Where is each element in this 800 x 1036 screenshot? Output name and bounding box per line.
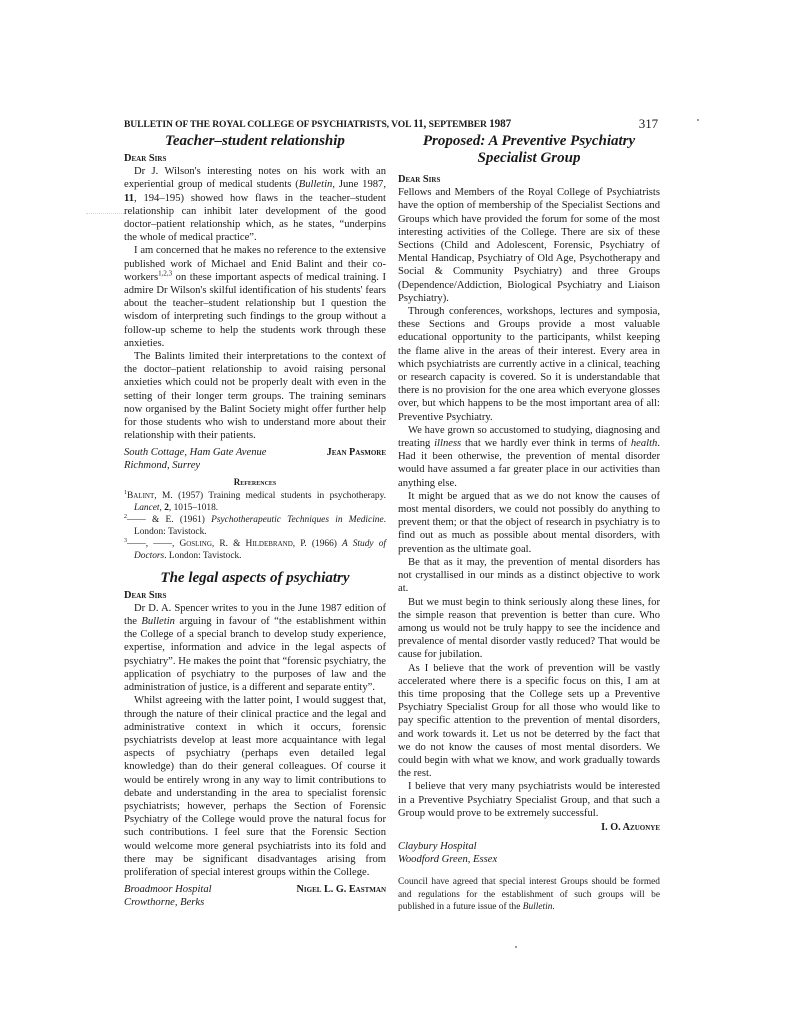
reference-item: 3——, ——, Gosling, R. & Hildebrand, P. (1…: [124, 538, 386, 562]
page-number: 317: [639, 116, 658, 132]
editorial-note: Council have agreed that special interes…: [398, 876, 660, 913]
paragraph: But we must begin to think seriously alo…: [398, 596, 660, 662]
paragraph: I believe that very many psychiatrists w…: [398, 780, 660, 820]
reference-item: 1Balint, M. (1957) Training medical stud…: [124, 490, 386, 514]
citation-superscript[interactable]: 1,2,3: [158, 269, 172, 277]
paragraph: The Balints limited their interpretation…: [124, 350, 386, 442]
scan-speck: [697, 119, 699, 121]
author-name: Nigel L. G. Eastman: [297, 883, 386, 909]
paragraph: I am concerned that he makes no referenc…: [124, 244, 386, 350]
salutation: Dear Sirs: [124, 152, 386, 165]
paragraph: As I believe that the work of prevention…: [398, 662, 660, 781]
letter-title: The legal aspects of psychiatry: [124, 570, 386, 587]
running-head: BULLETIN OF THE ROYAL COLLEGE OF PSYCHIA…: [124, 117, 658, 133]
paragraph: Dr J. Wilson's interesting notes on his …: [124, 165, 386, 244]
scan-artifact: [86, 213, 126, 217]
paragraph: Whilst agreeing with the latter point, I…: [124, 694, 386, 879]
author-address: South Cottage, Ham Gate Avenue Richmond,…: [124, 446, 267, 472]
reference-item: 2—— & E. (1961) Psychotherapeutic Techni…: [124, 514, 386, 538]
paragraph: It might be argued that as we do not kno…: [398, 490, 660, 556]
paragraph: Through conferences, workshops, lectures…: [398, 305, 660, 424]
paragraph: Dr D. A. Spencer writes to you in the Ju…: [124, 602, 386, 694]
signature-block: South Cottage, Ham Gate Avenue Richmond,…: [124, 446, 386, 472]
salutation: Dear Sirs: [398, 173, 660, 186]
journal-title: BULLETIN OF THE ROYAL COLLEGE OF PSYCHIA…: [124, 118, 511, 130]
references-heading: References: [124, 476, 386, 489]
paragraph: Fellows and Members of the Royal College…: [398, 186, 660, 305]
author-address: Broadmoor Hospital Crowthorne, Berks: [124, 883, 212, 909]
salutation: Dear Sirs: [124, 589, 386, 602]
signature-block: Broadmoor Hospital Crowthorne, Berks Nig…: [124, 883, 386, 909]
letter-title: Teacher–student relationship: [124, 133, 386, 150]
journal-page: BULLETIN OF THE ROYAL COLLEGE OF PSYCHIA…: [0, 0, 800, 1036]
author-address: Claybury Hospital Woodford Green, Essex: [398, 840, 660, 866]
paragraph: Be that as it may, the prevention of men…: [398, 556, 660, 596]
references-list: 1Balint, M. (1957) Training medical stud…: [124, 490, 386, 562]
scan-speck: [515, 946, 517, 948]
left-column: Teacher–student relationship Dear Sirs D…: [124, 133, 386, 909]
right-column: Proposed: A Preventive Psychiatry Specia…: [398, 133, 660, 913]
letter-title: Proposed: A Preventive Psychiatry Specia…: [398, 133, 660, 167]
letter-teacher-student: Teacher–student relationship Dear Sirs D…: [124, 133, 386, 562]
author-name: Jean Pasmore: [327, 446, 386, 472]
paragraph: We have grown so accustomed to studying,…: [398, 424, 660, 490]
letter-preventive-psychiatry: Proposed: A Preventive Psychiatry Specia…: [398, 133, 660, 913]
author-name: I. O. Azuonye: [398, 821, 660, 834]
letter-legal-aspects: The legal aspects of psychiatry Dear Sir…: [124, 570, 386, 909]
